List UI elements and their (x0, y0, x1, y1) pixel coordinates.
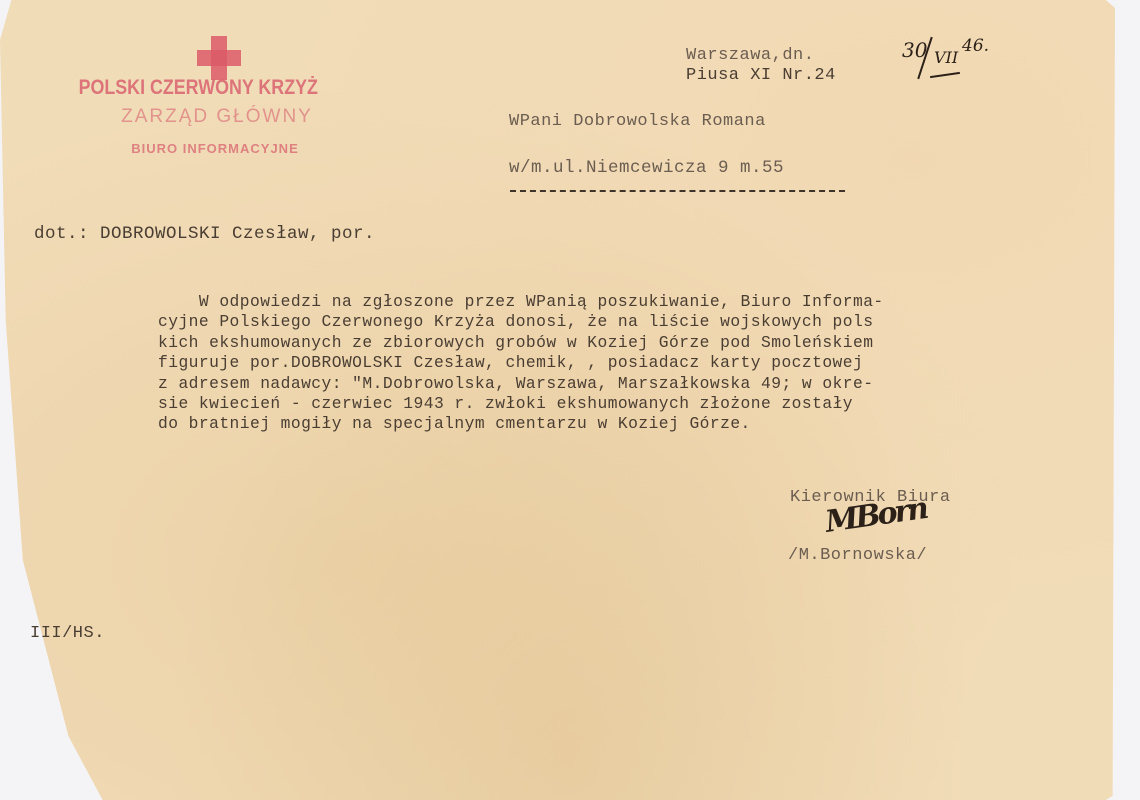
recipient-name: WPani Dobrowolska Romana (509, 112, 766, 131)
handwritten-date: 30 VII 46. (900, 34, 1020, 94)
body-line: sie kwiecień - czerwiec 1943 r. zwłoki e… (158, 394, 884, 414)
office-address: Piusa XI Nr.24 (686, 66, 836, 85)
body-line: kich ekshumowanych ze zbiorowych grobów … (158, 333, 884, 353)
body-line: W odpowiedzi na zgłoszone przez WPanią p… (158, 292, 884, 312)
body-line: do bratniej mogiły na specjalnym cmentar… (158, 414, 884, 434)
reference-code: III/HS. (30, 624, 105, 643)
body-line: cyjne Polskiego Czerwonego Krzyża donosi… (158, 312, 884, 332)
signatory-name: /M.Bornowska/ (788, 546, 927, 565)
recipient-address: w/m.ul.Niemcewicza 9 m.55 (509, 158, 784, 178)
red-cross-icon (197, 36, 241, 80)
subject-line: dot.: DOBROWOLSKI Czesław, por. (34, 224, 375, 244)
place-date-label: Warszawa,dn. (686, 46, 814, 65)
date-month: VII (934, 48, 958, 67)
body-line: figuruje por.DOBROWOLSKI Czesław, chemik… (158, 353, 884, 373)
stamp-line-3: BIURO INFORMACYJNE (110, 141, 320, 156)
date-year: 46. (962, 36, 989, 56)
letter-body: W odpowiedzi na zgłoszone przez WPanią p… (158, 292, 884, 435)
body-line: z adresem nadawcy: "M.Dobrowolska, Warsz… (158, 374, 884, 394)
date-underline (930, 72, 960, 78)
stamp-line-2: ZARZĄD GŁÓWNY (92, 106, 342, 128)
stamp-line-1: POLSKI CZERWONY KRZYŻ (75, 76, 322, 100)
address-underline (510, 190, 845, 192)
